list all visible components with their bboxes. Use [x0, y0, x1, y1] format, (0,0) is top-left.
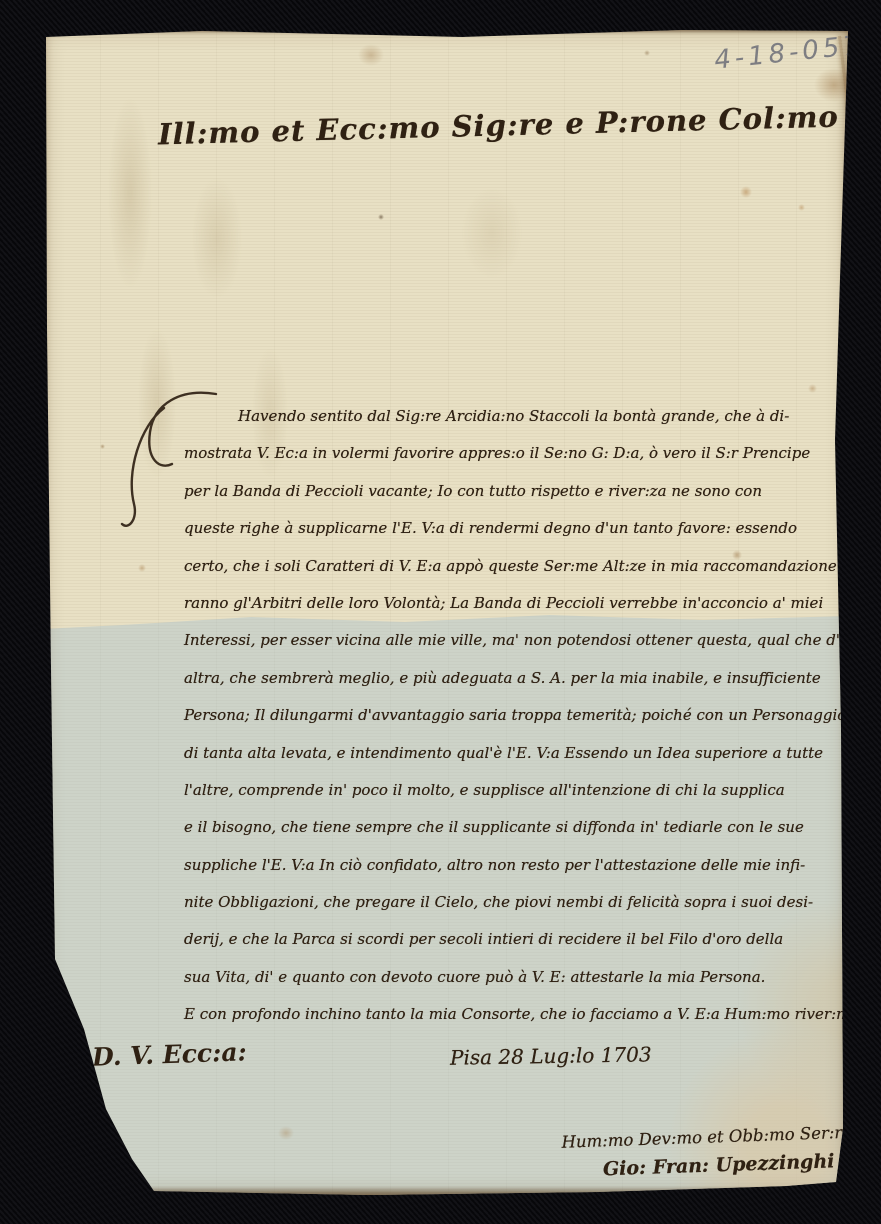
manuscript-line: derij, e che la Parca si scordi per seco… [184, 921, 844, 958]
manuscript-line: queste righe à supplicarne l'E. V:a di r… [184, 510, 844, 547]
manuscript-line: per la Banda di Peccioli vacante; Io con… [184, 473, 844, 510]
manuscript-line: di tanta alta levata, e intendimento qua… [184, 735, 844, 772]
manuscript-line: Havendo sentito dal Sig:re Arcidia:no St… [184, 398, 844, 435]
signature-block: Hum:mo Dev:mo et Obb:mo Ser:re Gio: Fran… [561, 1119, 835, 1184]
manuscript-line: e il bisogno, che tiene sempre che il su… [184, 809, 844, 846]
bottom-deckle-edge [42, 1186, 848, 1195]
letter-body: Havendo sentito dal Sig:re Arcidia:no St… [184, 398, 844, 1034]
manuscript-line: certo, che i soli Caratteri di V. E:a ap… [184, 548, 844, 585]
manuscript-line: l'altre, comprende in' poco il molto, e … [184, 772, 844, 809]
manuscript-line: ranno gl'Arbitri delle loro Volontà; La … [184, 585, 844, 622]
manuscript-line: altra, che sembrerà meglio, e più adegua… [184, 660, 844, 697]
crease-stain [838, 36, 881, 443]
manuscript-line: E con profondo inchino tanto la mia Cons… [184, 996, 844, 1033]
manuscript-line: suppliche l'E. V:a In ciò confidato, alt… [184, 847, 844, 884]
closing-abbreviation: D. V. Ecc:a: [92, 1037, 248, 1071]
salutation-line: Ill:mo et Ecc:mo Sig:re e P:rone Col:mo [158, 103, 719, 152]
manuscript-line: nite Obbligazioni, che pregare il Cielo,… [184, 884, 844, 921]
scanned-letter-photo: 4-18-057 Ill:mo et Ecc:mo Sig:re e P:ron… [0, 0, 881, 1224]
manuscript-line: Interessi, per esser vicina alle mie vil… [184, 622, 844, 659]
top-deckle-edge [42, 28, 848, 34]
manuscript-line: mostrata V. Ec:a in volermi favorire app… [184, 435, 844, 472]
letter-paper: 4-18-057 Ill:mo et Ecc:mo Sig:re e P:ron… [42, 28, 848, 1195]
dateline: Pisa 28 Lug:lo 1703 [450, 1042, 652, 1070]
manuscript-line: Persona; Il dilungarmi d'avvantaggio sar… [184, 697, 844, 734]
manuscript-line: sua Vita, di' e quanto con devoto cuore … [184, 959, 844, 996]
